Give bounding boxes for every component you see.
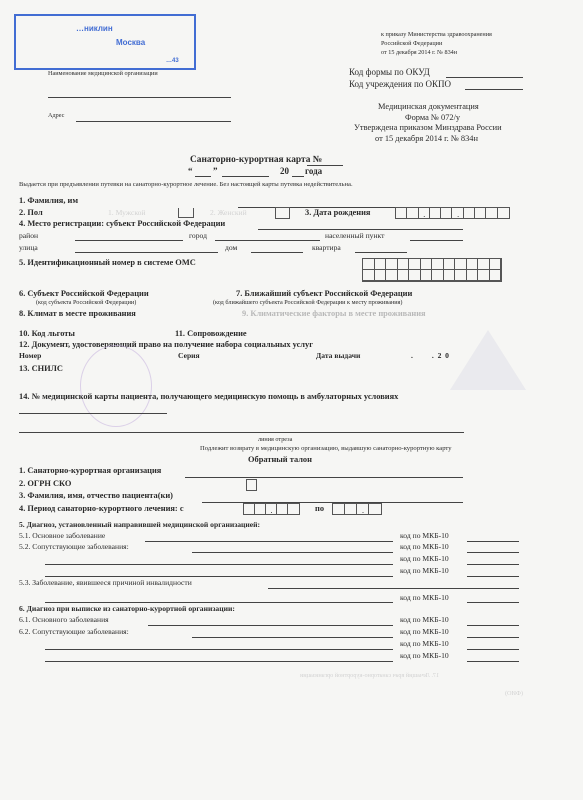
oms-digit-cell[interactable] [432, 270, 444, 281]
icd-label-5-2a: код по МКБ-10 [400, 542, 449, 551]
field-9-label: 9. Климатические факторы в месте прожива… [242, 309, 426, 318]
card-month-field[interactable] [222, 176, 269, 177]
icd-label-5-2c: код по МКБ-10 [400, 566, 449, 575]
icd-field-5-2c[interactable] [467, 576, 519, 577]
talon-field-6-label: 6. Диагноз при выписке из санаторно-куро… [19, 604, 235, 613]
card-title: Санаторно-курортная карта № [190, 155, 322, 165]
icd-field-5-1[interactable] [467, 541, 519, 542]
sex-female-checkbox[interactable] [275, 207, 290, 219]
talon-field-5-label: 5. Диагноз, установленный направившей ме… [19, 520, 260, 529]
icd-label-6-2b: код по МКБ-10 [400, 639, 449, 648]
main-disease-field[interactable] [145, 541, 393, 542]
oms-digit-cell[interactable] [455, 259, 467, 270]
oms-digit-cell[interactable] [490, 270, 502, 281]
talon-field-4-label: 4. Период санаторно-курортного лечения: … [19, 504, 184, 513]
oms-digit-cell[interactable] [398, 259, 410, 270]
doctor-round-stamp [80, 345, 152, 427]
comorbid-field-2[interactable] [45, 564, 393, 565]
digit-cell[interactable] [255, 504, 266, 514]
house-field[interactable] [251, 252, 303, 253]
sanatorium-org-field[interactable] [185, 477, 463, 478]
oms-digit-cell[interactable] [444, 270, 456, 281]
date-close-quote: ” [213, 166, 218, 176]
icd-label-5-1: код по МКБ-10 [400, 531, 449, 540]
appendix-line-1: к приказу Министерства здравоохранения [381, 31, 492, 38]
field-6-hint: (код субъекта Российской Федерации) [36, 299, 136, 306]
digit-cell[interactable] [345, 504, 357, 514]
oms-digit-cell[interactable] [478, 259, 490, 270]
period-to-grid[interactable] [332, 503, 382, 515]
oms-digit-cell[interactable] [432, 259, 444, 270]
field-2-label: 2. Пол [19, 208, 43, 217]
oms-digit-cell[interactable] [455, 270, 467, 281]
street-field[interactable] [75, 252, 218, 253]
oms-digit-cell[interactable] [398, 270, 410, 281]
appendix-line-3: от 15 декабря 2014 г. № 834н [381, 49, 457, 56]
year-prefix: 20 [280, 166, 289, 176]
oms-digit-cell[interactable] [490, 259, 502, 270]
oms-digit-cell[interactable] [478, 270, 490, 281]
field-3-label: 3. Дата рождения [305, 208, 370, 217]
field-7-label: 7. Ближайший субъект Российской Федераци… [236, 289, 412, 298]
card-day-field[interactable] [195, 176, 211, 177]
icd-label-6-2c: код по МКБ-10 [400, 651, 449, 660]
digit-cell[interactable] [464, 208, 475, 218]
organization-stamp: …никлин Москва …43 [14, 14, 196, 70]
bleed-through-text-1: 17. Лечащий врач санаторно-курортной орг… [300, 672, 439, 679]
document-issue-date-label: Дата выдачи [316, 351, 360, 360]
digit-cell[interactable] [369, 504, 381, 514]
digit-cell[interactable] [441, 208, 452, 218]
return-note: Подлежит возврату в медицинскую организа… [200, 445, 452, 452]
birth-date-grid[interactable] [395, 207, 510, 219]
oms-digit-cell[interactable] [363, 259, 375, 270]
icd-label-5-2b: код по МКБ-10 [400, 554, 449, 563]
digit-cell[interactable] [357, 504, 369, 514]
field-1-label: 1. Фамилия, им [19, 196, 78, 205]
ogrn-field[interactable] [246, 479, 257, 491]
oms-digit-cell[interactable] [421, 259, 433, 270]
digit-cell[interactable] [452, 208, 463, 218]
sex-male-checkbox[interactable] [178, 208, 194, 218]
sex-male-label: 1. Мужской [108, 208, 146, 217]
comorbid-field-1[interactable] [192, 552, 393, 553]
comorbid-field-3[interactable] [45, 576, 393, 577]
okud-field[interactable] [446, 77, 523, 78]
field-11-label: 11. Сопровождение [175, 329, 247, 338]
city-field[interactable] [215, 240, 320, 241]
okud-label: Код формы по ОКУД [349, 67, 430, 77]
icd-label-6-1: код по МКБ-10 [400, 615, 449, 624]
icd-field-5-2b[interactable] [467, 564, 519, 565]
disability-disease-field-2[interactable] [45, 602, 393, 603]
okpo-label: Код учреждения по ОКПО [349, 79, 451, 89]
street-label: улица [19, 243, 38, 252]
oms-digit-cell[interactable] [409, 270, 421, 281]
appendix-line-2: Российской Федерации [381, 40, 442, 47]
date-open-quote: “ [188, 166, 193, 176]
field-13-label: 13. СНИЛС [19, 364, 63, 373]
disability-disease-label: 5.3. Заболевание, явившееся причиной инв… [19, 578, 192, 587]
locality-label: населенный пункт [325, 231, 384, 240]
city-label: город [189, 231, 207, 240]
document-number-label: Номер [19, 351, 41, 360]
icd-field-5-3[interactable] [467, 602, 519, 603]
approved-date: от 15 декабря 2014 г. № 834н [375, 134, 478, 143]
field-8-label: 8. Климат в месте проживания [19, 309, 136, 318]
address-field[interactable] [76, 121, 231, 122]
document-issue-date-mask[interactable]: . . 2 0 [411, 351, 449, 360]
digit-cell[interactable] [288, 504, 299, 514]
field-4-label: 4. Место регистрации: субъект Российской… [19, 219, 225, 228]
digit-cell[interactable] [396, 208, 407, 218]
icd-label-6-2a: код по МКБ-10 [400, 627, 449, 636]
house-label: дом [225, 243, 237, 252]
return-talon-title: Обратный талон [248, 455, 312, 464]
field-14-label: 14. № медицинской карты пациента, получа… [19, 392, 398, 401]
digit-cell[interactable] [475, 208, 486, 218]
digit-cell[interactable] [498, 208, 509, 218]
digit-cell[interactable] [407, 208, 418, 218]
icd-field-6-2a[interactable] [467, 637, 519, 638]
icd-label-5-3: код по МКБ-10 [400, 593, 449, 602]
oms-digit-cell[interactable] [421, 270, 433, 281]
region-field[interactable] [258, 229, 463, 230]
period-from-grid[interactable] [243, 503, 300, 515]
year-suffix: года [305, 166, 322, 176]
main-disease-label: 5.1. Основное заболевание [19, 531, 105, 540]
period-to-label: по [315, 504, 324, 513]
disability-disease-field[interactable] [268, 588, 519, 589]
oms-digit-cell[interactable] [375, 270, 387, 281]
apartment-field[interactable] [355, 252, 407, 253]
bleed-through-text-2: (ФИО) [505, 690, 523, 697]
field-10-label: 10. Код льготы [19, 329, 75, 338]
oms-digit-cell[interactable] [467, 259, 479, 270]
stamp-line-2: Москва [116, 38, 145, 47]
digit-cell[interactable] [277, 504, 288, 514]
locality-field[interactable] [410, 240, 463, 241]
oms-digit-cell[interactable] [467, 270, 479, 281]
cut-line [19, 432, 464, 433]
oms-digit-cell[interactable] [363, 270, 375, 281]
discharge-main-disease-field[interactable] [148, 625, 393, 626]
sex-female-label: 2. Женский [210, 208, 247, 217]
discharge-comorbid-field-1[interactable] [192, 637, 393, 638]
address-label: Адрес [48, 112, 64, 119]
triangle-stamp [450, 330, 526, 390]
document-series-label: Серия [178, 351, 200, 360]
icd-field-6-2c[interactable] [467, 661, 519, 662]
discharge-comorbid-field-2[interactable] [45, 649, 393, 650]
discharge-comorbid-label: 6.2. Сопутствующие заболевания: [19, 627, 129, 636]
talon-field-1-label: 1. Санаторно-курортная организация [19, 466, 161, 475]
digit-cell[interactable] [333, 504, 345, 514]
med-doc-label: Медицинская документация [378, 102, 479, 111]
field-5-label: 5. Идентификационный номер в системе ОМС [19, 258, 196, 267]
digit-cell[interactable] [419, 208, 430, 218]
oms-digit-cell[interactable] [409, 259, 421, 270]
oms-digit-cell[interactable] [386, 270, 398, 281]
org-name-label: Наименование медицинской организации [48, 70, 158, 77]
discharge-comorbid-field-3[interactable] [45, 661, 393, 662]
talon-field-3-label: 3. Фамилия, имя, отчество пациента(ки) [19, 491, 173, 500]
apartment-label: квартира [312, 243, 341, 252]
cut-line-label: линия отреза [258, 436, 292, 443]
comorbid-label: 5.2. Сопутствующие заболевания: [19, 542, 129, 551]
org-name-field[interactable] [48, 97, 231, 98]
digit-cell[interactable] [266, 504, 277, 514]
medical-card-number-field[interactable] [19, 413, 167, 414]
oms-digit-cell[interactable] [386, 259, 398, 270]
okpo-field[interactable] [465, 89, 523, 90]
icd-field-5-2a[interactable] [467, 552, 519, 553]
stamp-line-1: …никлин [76, 24, 113, 33]
stamp-line-3: …43 [166, 58, 179, 64]
field-7-hint: (код ближайшего субъекта Российской Феде… [213, 299, 402, 306]
field-6-label: 6. Субъект Российской Федерации [19, 289, 149, 298]
district-label: район [19, 231, 38, 240]
talon-field-2-label: 2. ОГРН СКО [19, 479, 71, 488]
icd-field-6-2b[interactable] [467, 649, 519, 650]
oms-digit-cell[interactable] [375, 259, 387, 270]
digit-cell[interactable] [430, 208, 441, 218]
digit-cell[interactable] [486, 208, 497, 218]
district-field[interactable] [75, 240, 183, 241]
form-number: Форма № 072/у [405, 113, 460, 122]
digit-cell[interactable] [244, 504, 255, 514]
field-12-label: 12. Документ, удостоверяющий право на по… [19, 340, 313, 349]
discharge-main-disease-label: 6.1. Основного заболевания [19, 615, 109, 624]
oms-number-grid[interactable] [362, 258, 502, 282]
oms-digit-cell[interactable] [444, 259, 456, 270]
icd-field-6-1[interactable] [467, 625, 519, 626]
approved-by: Утверждена приказом Минздрава России [354, 123, 502, 132]
card-year-field[interactable] [292, 176, 304, 177]
notice-text: Выдается при предъявлении путевки на сан… [19, 181, 353, 188]
